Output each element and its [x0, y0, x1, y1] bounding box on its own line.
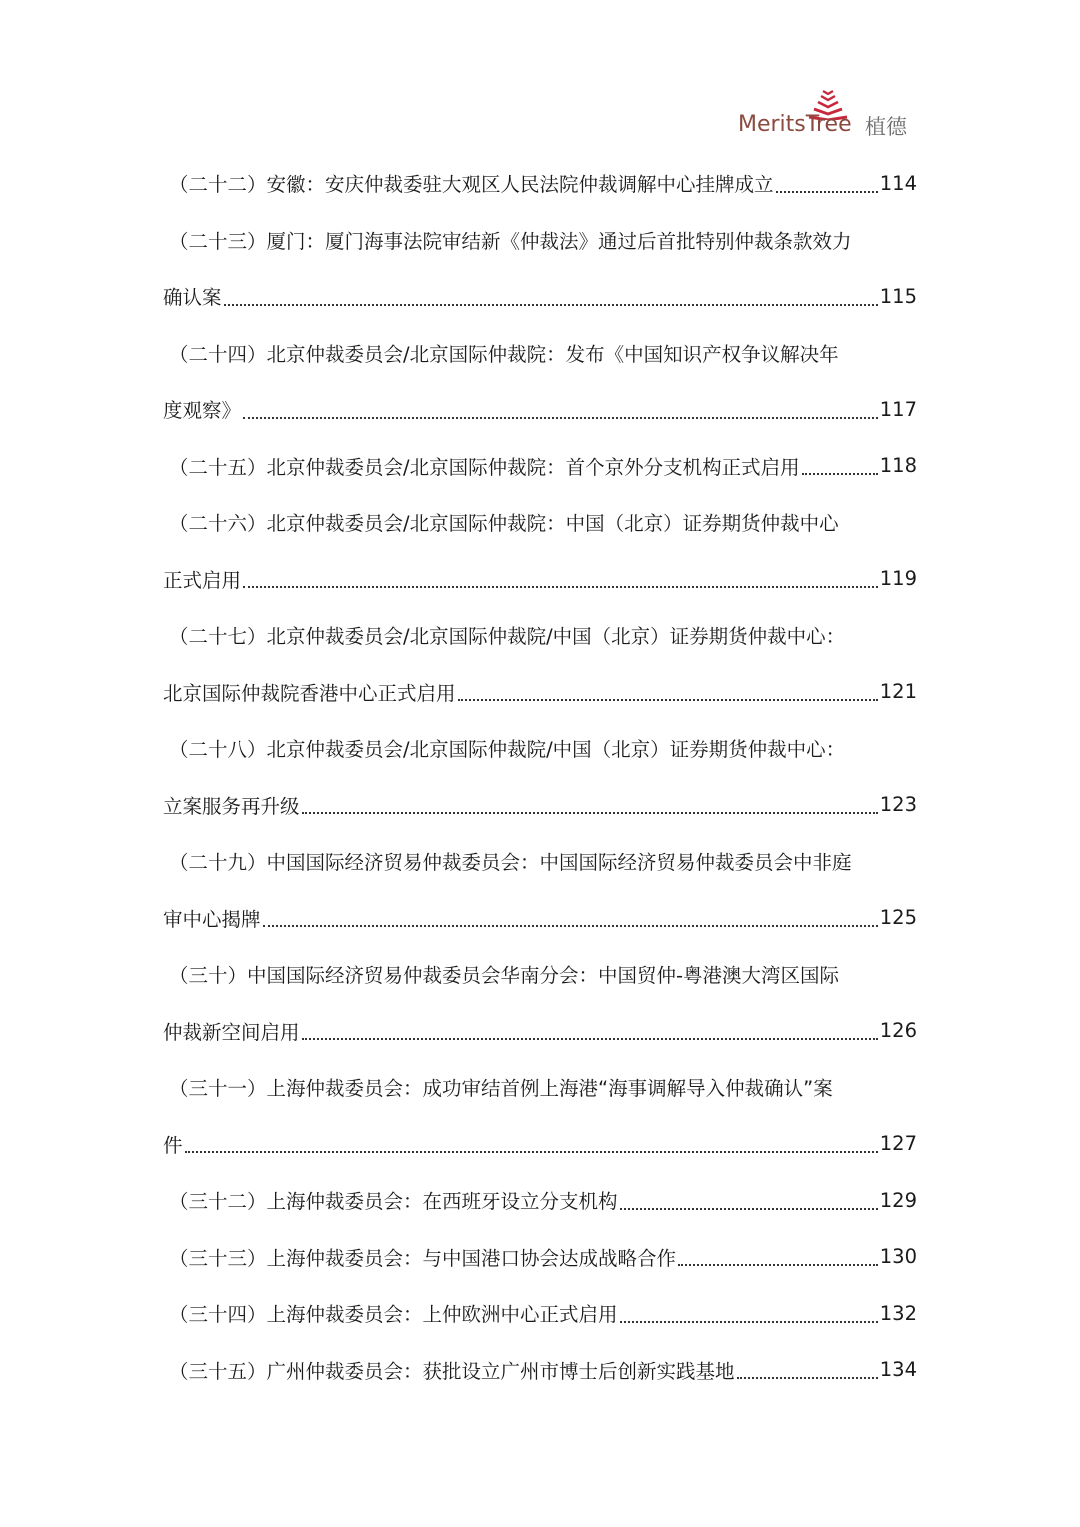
toc-entry[interactable]: （三十四）上海仲裁委员会：上仲欧洲中心正式启用132 — [163, 1285, 917, 1342]
toc-entry-continuation[interactable]: 件127 — [163, 1116, 917, 1173]
merits-tree-logo: MeritsTree 植德 — [738, 90, 913, 140]
leader-dots — [302, 811, 878, 814]
page-number: 132 — [880, 1302, 917, 1325]
page-number: 129 — [880, 1189, 917, 1212]
leader-dots — [302, 1037, 878, 1040]
toc-entry-continuation[interactable]: 审中心揭牌125 — [163, 890, 917, 947]
page-number: 123 — [880, 793, 917, 816]
page-number: 134 — [880, 1358, 917, 1381]
toc-entry-continuation[interactable]: 仲裁新空间启用126 — [163, 1003, 917, 1060]
page-number: 119 — [880, 567, 917, 590]
leader-dots — [620, 1320, 878, 1323]
page-number: 121 — [880, 680, 917, 703]
toc-entry[interactable]: （二十四）北京仲裁委员会/北京国际仲裁院：发布《中国知识产权争议解决年 — [163, 325, 917, 382]
toc-entry[interactable]: （二十八）北京仲裁委员会/北京国际仲裁院/中国（北京）证券期货仲裁中心： — [163, 720, 917, 777]
leader-dots — [737, 1376, 878, 1379]
leader-dots — [776, 190, 878, 193]
logo-text: MeritsTree — [738, 112, 852, 137]
toc-entry[interactable]: （三十二）上海仲裁委员会：在西班牙设立分支机构129 — [163, 1172, 917, 1229]
toc-entry-continuation[interactable]: 正式启用119 — [163, 551, 917, 608]
page-number: 115 — [880, 285, 917, 308]
leader-dots — [678, 1263, 878, 1266]
toc-entry[interactable]: （三十三）上海仲裁委员会：与中国港口协会达成战略合作130 — [163, 1229, 917, 1286]
page-number: 130 — [880, 1245, 917, 1268]
leader-dots — [185, 1150, 878, 1153]
table-of-contents: （二十二）安徽：安庆仲裁委驻大观区人民法院仲裁调解中心挂牌成立114 （二十三）… — [163, 155, 917, 1398]
toc-entry[interactable]: （二十三）厦门：厦门海事法院审结新《仲裁法》通过后首批特别仲裁条款效力 — [163, 212, 917, 269]
toc-entry-continuation[interactable]: 北京国际仲裁院香港中心正式启用121 — [163, 664, 917, 721]
toc-entry[interactable]: （二十二）安徽：安庆仲裁委驻大观区人民法院仲裁调解中心挂牌成立114 — [163, 155, 917, 212]
toc-entry[interactable]: （三十一）上海仲裁委员会：成功审结首例上海港“海事调解导入仲裁确认”案 — [163, 1059, 917, 1116]
page-number: 127 — [880, 1132, 917, 1155]
toc-entry-continuation[interactable]: 确认案115 — [163, 268, 917, 325]
leader-dots — [243, 416, 878, 419]
toc-entry-continuation[interactable]: 立案服务再升级123 — [163, 777, 917, 834]
logo-chinese-text: 植德 — [865, 111, 907, 141]
toc-entry[interactable]: （二十六）北京仲裁委员会/北京国际仲裁院：中国（北京）证券期货仲裁中心 — [163, 494, 917, 551]
leader-dots — [620, 1207, 878, 1210]
page-number: 114 — [880, 172, 917, 195]
toc-entry[interactable]: （三十五）广州仲裁委员会：获批设立广州市博士后创新实践基地134 — [163, 1342, 917, 1399]
toc-entry[interactable]: （二十七）北京仲裁委员会/北京国际仲裁院/中国（北京）证券期货仲裁中心： — [163, 607, 917, 664]
page-number: 125 — [880, 906, 917, 929]
leader-dots — [458, 698, 878, 701]
toc-entry[interactable]: （二十九）中国国际经济贸易仲裁委员会：中国国际经济贸易仲裁委员会中非庭 — [163, 833, 917, 890]
leader-dots — [243, 585, 878, 588]
toc-entry-continuation[interactable]: 度观察》117 — [163, 381, 917, 438]
leader-dots — [263, 924, 878, 927]
page-number: 126 — [880, 1019, 917, 1042]
toc-entry[interactable]: （三十）中国国际经济贸易仲裁委员会华南分会：中国贸仲-粤港澳大湾区国际 — [163, 946, 917, 1003]
page-number: 118 — [880, 454, 917, 477]
leader-dots — [802, 472, 878, 475]
page-number: 117 — [880, 398, 917, 421]
leader-dots — [224, 303, 878, 306]
toc-entry[interactable]: （二十五）北京仲裁委员会/北京国际仲裁院：首个京外分支机构正式启用118 — [163, 438, 917, 495]
